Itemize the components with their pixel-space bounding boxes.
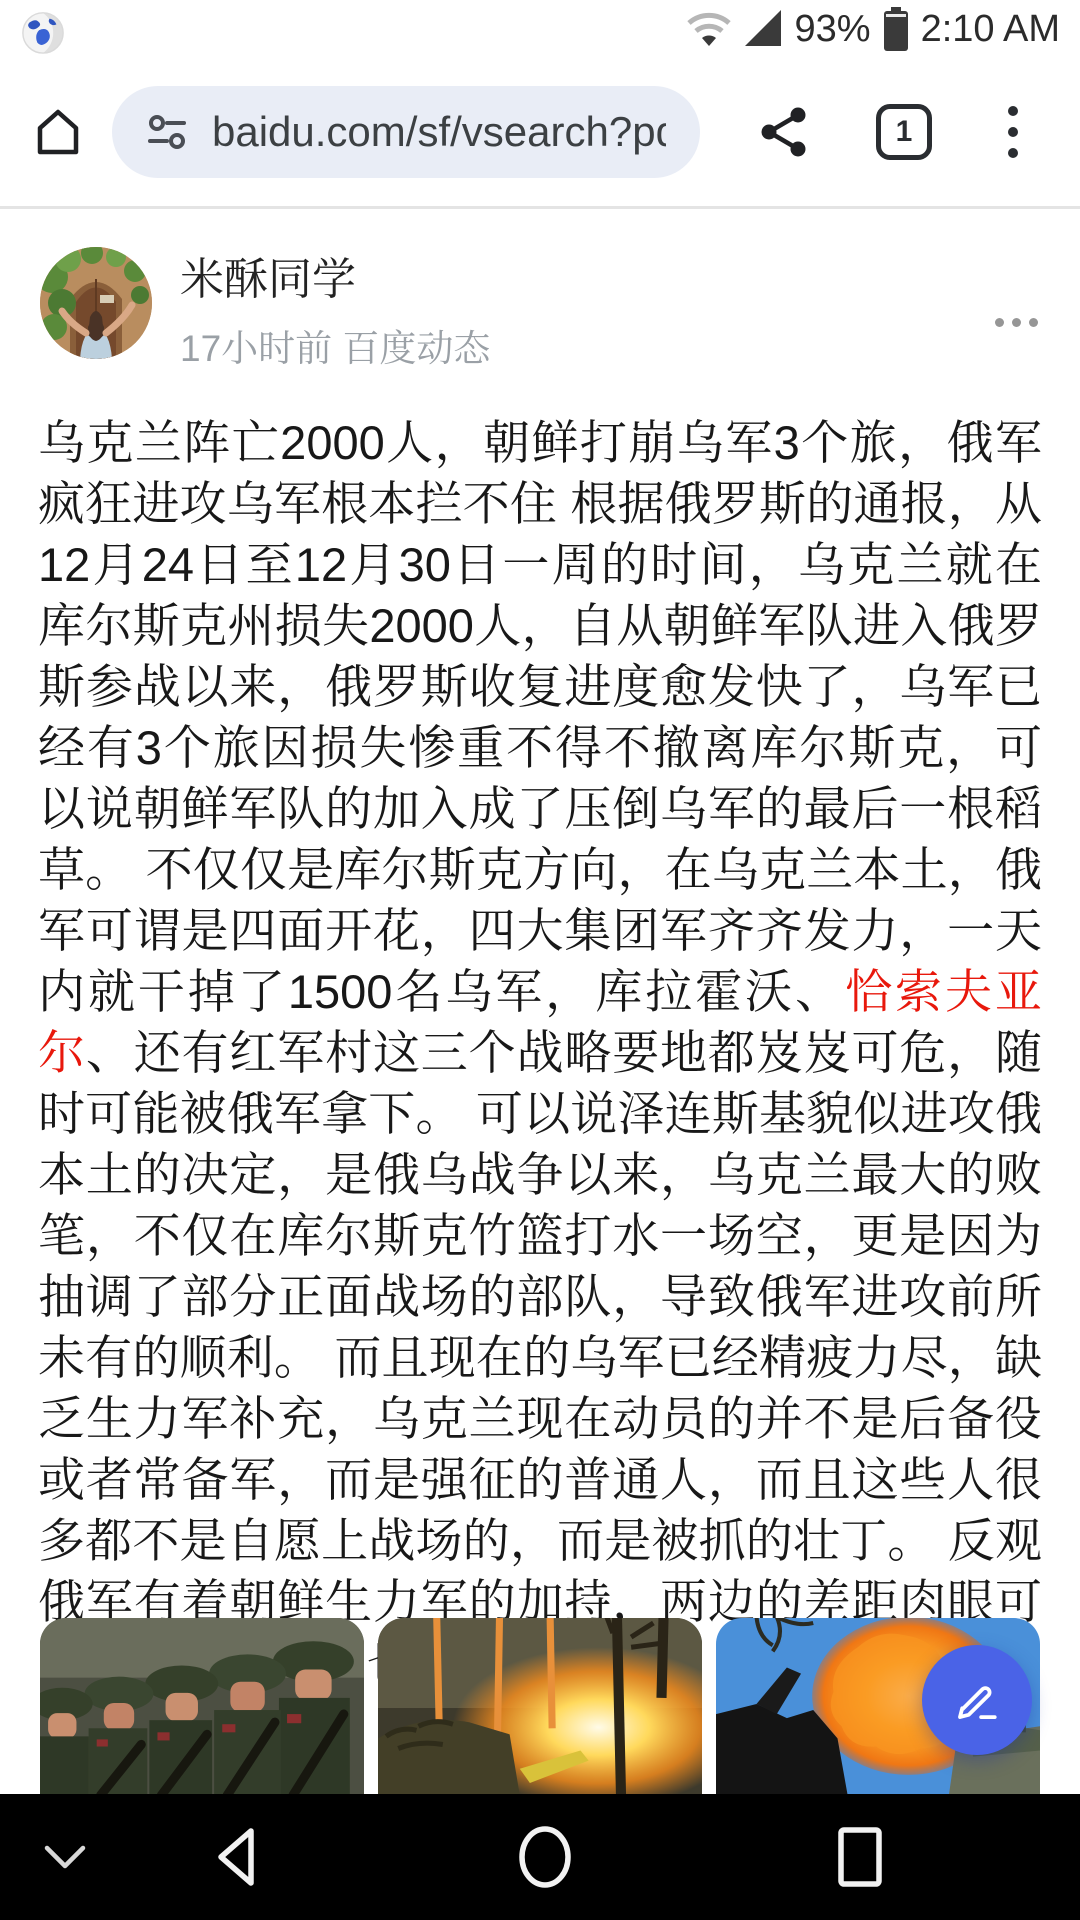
clock: 2:10 AM: [921, 8, 1060, 51]
post-meta: 17小时前 百度动态: [180, 318, 490, 372]
browser-toolbar: baidu.com/sf/vsearch?pd= 1: [0, 58, 1080, 206]
url-text[interactable]: baidu.com/sf/vsearch?pd=: [212, 108, 666, 156]
android-nav-bar: [0, 1794, 1080, 1920]
post-body-text: 乌克兰阵亡2000人，朝鲜打崩乌军3个旅，俄军疯狂进攻乌军根本拦不住 根据俄罗斯…: [38, 412, 1042, 1693]
avatar[interactable]: [40, 247, 152, 359]
more-options-icon[interactable]: [993, 308, 1040, 337]
post-header: 米酥同学 17小时前 百度动态: [40, 247, 1040, 372]
author-block: 米酥同学 17小时前 百度动态: [180, 247, 490, 372]
recents-square-icon: [836, 1825, 884, 1889]
post-image-row: [0, 1618, 1080, 1794]
back-triangle-icon: [213, 1825, 257, 1889]
status-bar: 93% 2:10 AM: [0, 0, 1080, 58]
post-image-artillery[interactable]: [378, 1618, 702, 1794]
body-before: 乌克兰阵亡2000人，朝鲜打崩乌军3个旅，俄军疯狂进攻乌军根本拦不住 根据俄罗斯…: [38, 416, 1042, 1018]
nav-back-button[interactable]: [190, 1794, 280, 1920]
site-settings-icon[interactable]: [146, 111, 188, 153]
globe-notification-icon: [20, 9, 66, 55]
signal-strength-icon: [743, 10, 783, 48]
nav-recents-button[interactable]: [815, 1794, 905, 1920]
home-button[interactable]: [30, 104, 86, 160]
tab-switcher-button[interactable]: 1: [876, 104, 932, 160]
author-name[interactable]: 米酥同学: [180, 255, 490, 306]
compose-fab-button[interactable]: [922, 1645, 1032, 1755]
battery-icon: [883, 7, 909, 51]
toolbar-divider: [0, 206, 1080, 209]
battery-percent: 93%: [795, 8, 871, 51]
nav-hide-button[interactable]: [30, 1794, 100, 1920]
url-bar[interactable]: baidu.com/sf/vsearch?pd=: [112, 86, 700, 178]
phone-screen: 93% 2:10 AM baidu.com/sf/vsearch?pd=: [0, 0, 1080, 1920]
body-after: 、还有红军村这三个战略要地都岌岌可危，随时可能被俄军拿下。 可以说泽连斯基貌似进…: [38, 1026, 1042, 1689]
pencil-icon: [951, 1674, 1003, 1726]
post-image-soldiers[interactable]: [40, 1618, 364, 1794]
home-circle-icon: [515, 1823, 575, 1891]
share-button[interactable]: [758, 106, 810, 158]
nav-home-button[interactable]: [495, 1794, 595, 1920]
wifi-icon: [687, 11, 731, 47]
tab-count: 1: [896, 115, 913, 149]
browser-menu-button[interactable]: [1004, 102, 1022, 162]
chevron-down-icon: [43, 1844, 87, 1870]
